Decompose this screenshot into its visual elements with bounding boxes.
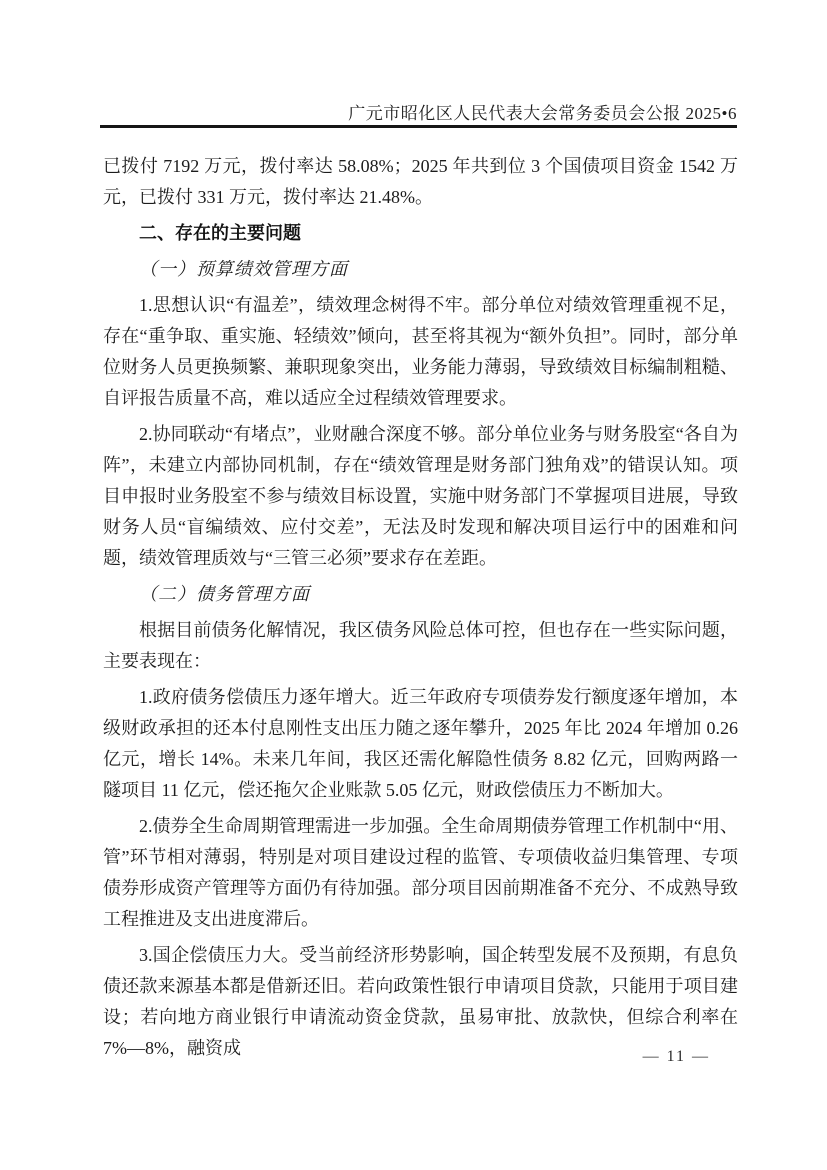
paragraph-bond-lifecycle-management: 2.债券全生命周期管理需进一步加强。全生命周期债券管理工作机制中“用、管”环节相… <box>103 811 738 935</box>
header-divider-rule <box>100 125 737 128</box>
paragraph-debt-overview: 根据目前债务化解情况，我区债务风险总体可控，但也存在一些实际问题，主要表现在： <box>103 615 738 677</box>
paragraph-ideological-awareness: 1.思想认识“有温差”，绩效理念树得不牢。部分单位对绩效管理重视不足，存在“重争… <box>103 290 738 414</box>
document-body: 已拨付 7192 万元，拨付率达 58.08%；2025 年共到位 3 个国债项… <box>103 151 738 1069</box>
subsection-heading-debt-management: （二）债务管理方面 <box>103 579 738 610</box>
gazette-header-title: 广元市昭化区人民代表大会常务委员会公报 2025•6 <box>100 99 737 124</box>
paragraph-coordination-blockage: 2.协同联动“有堵点”，业财融合深度不够。部分单位业务与财务股室“各自为阵”，未… <box>103 419 738 574</box>
subsection-heading-budget-performance: （一）预算绩效管理方面 <box>103 254 738 285</box>
gazette-page: 广元市昭化区人民代表大会常务委员会公报 2025•6 已拨付 7192 万元，拨… <box>0 0 827 1170</box>
page-number: — 11 — <box>643 1048 710 1066</box>
section-heading-main-problems: 二、存在的主要问题 <box>103 218 738 249</box>
paragraph-funds-allocation: 已拨付 7192 万元，拨付率达 58.08%；2025 年共到位 3 个国债项… <box>103 151 738 213</box>
paragraph-soe-debt-pressure: 3.国企偿债压力大。受当前经济形势影响，国企转型发展不及预期，有息负债还款来源基… <box>103 940 738 1064</box>
paragraph-government-debt-pressure: 1.政府债务偿债压力逐年增大。近三年政府专项债券发行额度逐年增加，本级财政承担的… <box>103 682 738 806</box>
